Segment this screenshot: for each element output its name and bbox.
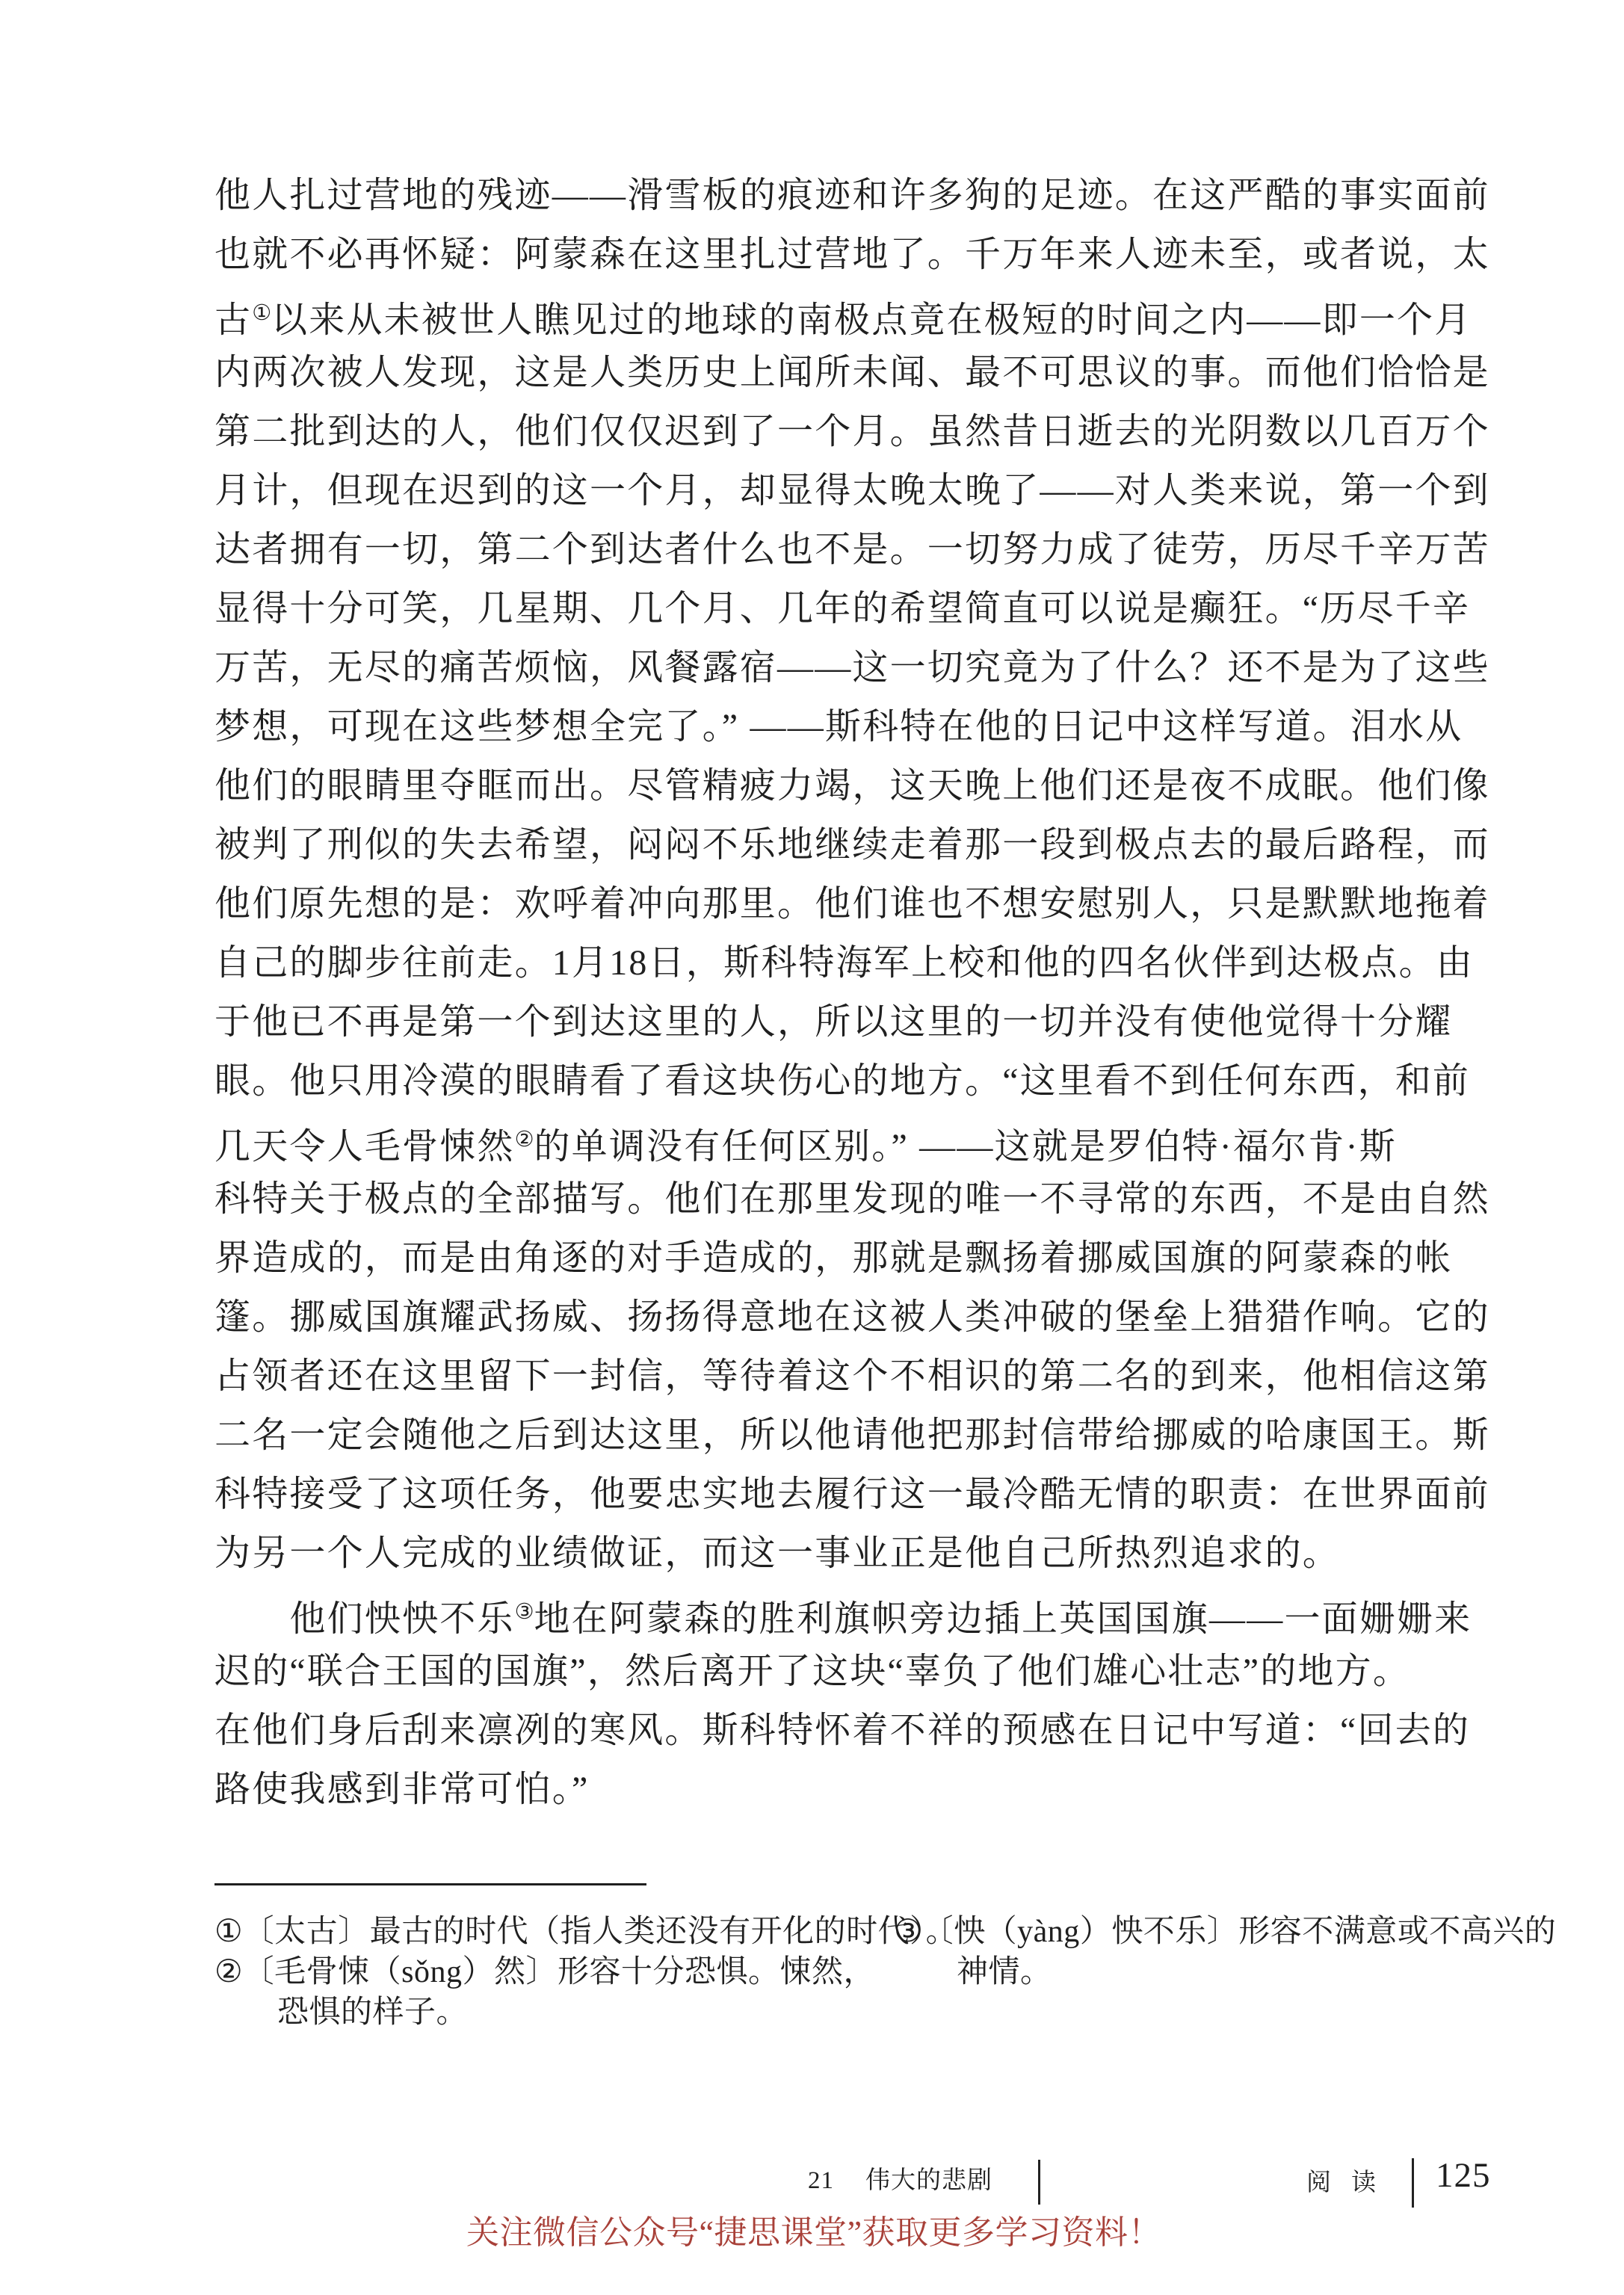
- footnote-column-left: ①〔太古〕最古的时代（指人类还没有开化的时代）。 ②〔毛骨悚（sǒng）然〕形容…: [214, 1912, 910, 2033]
- body-text-line: 科特关于极点的全部描写。他们在那里发现的唯一不寻常的东西，不是由自然: [214, 1170, 1497, 1229]
- body-text-line: 于他已不再是第一个到达这里的人，所以这里的一切并没有使他觉得十分耀: [214, 992, 1497, 1051]
- body-text-line: 迟的“联合王国的国旗”，然后离开了这块“辜负了他们雄心壮志”的地方。: [214, 1642, 1497, 1701]
- body-text-line: 达者拥有一切，第二个到达者什么也不是。一切努力成了徒劳，历尽千辛万苦: [214, 520, 1497, 579]
- page-number: 125: [1436, 2155, 1491, 2196]
- body-text-line: 他们的眼睛里夺眶而出。尽管精疲力竭，这天晚上他们还是夜不成眠。他们像: [214, 756, 1497, 815]
- body-text-line: 路使我感到非常可怕。”: [214, 1760, 1497, 1819]
- body-text-segment: 他们怏怏不乐: [214, 1599, 515, 1639]
- body-text-line: 自己的脚步往前走。1月18日，斯科特海军上校和他的四名伙伴到达极点。由: [214, 933, 1497, 992]
- footnote-divider-rule: [214, 1883, 646, 1885]
- body-text-line: 界造成的，而是由角逐的对手造成的，那就是飘扬着挪威国旗的阿蒙森的帐: [214, 1229, 1497, 1288]
- body-text-line: 也就不必再怀疑：阿蒙森在这里扎过营地了。千万年来人迹未至，或者说，太: [214, 225, 1497, 284]
- body-text: 他人扎过营地的残迹——滑雪板的痕迹和许多狗的足迹。在这严酷的事实面前也就不必再怀…: [214, 166, 1497, 1819]
- body-text-segment: 的单调没有任何区别。” ——这就是罗伯特·福尔肯·斯: [534, 1127, 1396, 1167]
- footer-lesson-title: 伟大的悲剧: [865, 2167, 992, 2194]
- body-text-line: 在他们身后刮来凛冽的寒风。斯科特怀着不祥的预感在日记中写道：“回去的: [214, 1701, 1497, 1760]
- footnote-2-text: 〔毛骨悚（sǒng）然〕形容十分恐惧。悚然，: [243, 1955, 875, 1989]
- body-text-line: 万苦，无尽的痛苦烦恼，风餐露宿——这一切究竟为了什么？还不是为了这些: [214, 638, 1497, 697]
- footnote-reference-superscript: ①: [252, 301, 271, 325]
- textbook-page: 他人扎过营地的残迹——滑雪板的痕迹和许多狗的足迹。在这严酷的事实面前也就不必再怀…: [0, 0, 1624, 2295]
- footnote-1-marker: ①: [214, 1915, 243, 1949]
- body-text-line: 第二批到达的人，他们仅仅迟到了一个月。虽然昔日逝去的光阴数以几百万个: [214, 402, 1497, 461]
- body-text-line: 二名一定会随他之后到达这里，所以他请他把那封信带给挪威的哈康国王。斯: [214, 1406, 1497, 1465]
- body-text-line: 为另一个人完成的业绩做证，而这一事业正是他自己所热烈追求的。: [214, 1524, 1497, 1583]
- body-text-line: 梦想，可现在这些梦想全完了。” ——斯科特在他的日记中这样写道。泪水从: [214, 697, 1497, 756]
- promo-watermark-text: 关注微信公众号“捷思课堂”获取更多学习资料！: [466, 2205, 1161, 2253]
- footnote-3: ③〔怏（yàng）怏不乐〕形容不满意或不高兴的: [894, 1912, 1552, 1952]
- footer-lesson: 21伟大的悲剧: [808, 2160, 992, 2196]
- body-text-line: 篷。挪威国旗耀武扬威、扬扬得意地在这被人类冲破的堡垒上猎猎作响。它的: [214, 1288, 1497, 1347]
- footer-divider-bar-right: [1412, 2158, 1414, 2208]
- body-text-line: 几天令人毛骨悚然②的单调没有任何区别。” ——这就是罗伯特·福尔肯·斯: [214, 1111, 1497, 1170]
- footnote-column-right: ③〔怏（yàng）怏不乐〕形容不满意或不高兴的 神情。: [894, 1912, 1552, 1992]
- body-text-line: 内两次被人发现，这是人类历史上闻所未闻、最不可思议的事。而他们恰恰是: [214, 343, 1497, 402]
- body-text-segment: 地在阿蒙森的胜利旗帜旁边插上英国国旗——一面姗姗来: [534, 1599, 1472, 1639]
- footnote-reference-superscript: ③: [515, 1600, 534, 1624]
- footer-divider-bar-left: [1038, 2160, 1040, 2205]
- body-text-line: 显得十分可笑，几星期、几个月、几年的希望简直可以说是癫狂。“历尽千辛: [214, 579, 1497, 638]
- body-text-line: 眼。他只用冷漠的眼睛看了看这块伤心的地方。“这里看不到任何东西，和前: [214, 1051, 1497, 1111]
- footnote-2-continuation: 恐惧的样子。: [214, 1992, 910, 2033]
- body-text-segment: 古: [214, 300, 252, 340]
- body-text-segment: 几天令人毛骨悚然: [214, 1127, 515, 1167]
- body-text-line: 被判了刑似的失去希望，闷闷不乐地继续走着那一段到极点去的最后路程，而: [214, 815, 1497, 874]
- body-text-line: 他们怏怏不乐③地在阿蒙森的胜利旗帜旁边插上英国国旗——一面姗姗来: [214, 1583, 1497, 1642]
- body-text-line: 他人扎过营地的残迹——滑雪板的痕迹和许多狗的足迹。在这严酷的事实面前: [214, 166, 1497, 225]
- footer-section-label: 阅读: [1306, 2163, 1396, 2198]
- body-text-line: 他们原先想的是：欢呼着冲向那里。他们谁也不想安慰别人，只是默默地拖着: [214, 874, 1497, 933]
- footnote-3-text: 〔怏（yàng）怏不乐〕形容不满意或不高兴的: [922, 1915, 1557, 1949]
- footer-lesson-number: 21: [808, 2167, 834, 2194]
- body-text-line: 科特接受了这项任务，他要忠实地去履行这一最冷酷无情的职责：在世界面前: [214, 1465, 1497, 1524]
- footnote-3-marker: ③: [894, 1915, 922, 1949]
- footnote-1: ①〔太古〕最古的时代（指人类还没有开化的时代）。: [214, 1912, 910, 1952]
- footnote-reference-superscript: ②: [515, 1128, 534, 1152]
- footnote-2-marker: ②: [214, 1955, 243, 1989]
- footnote-2: ②〔毛骨悚（sǒng）然〕形容十分恐惧。悚然，: [214, 1952, 910, 1992]
- footnote-3-continuation: 神情。: [894, 1952, 1552, 1992]
- body-text-line: 占领者还在这里留下一封信，等待着这个不相识的第二名的到来，他相信这第: [214, 1347, 1497, 1406]
- body-text-segment: 以来从未被世人瞧见过的地球的南极点竟在极短的时间之内——即一个月: [271, 300, 1472, 340]
- body-text-line: 古①以来从未被世人瞧见过的地球的南极点竟在极短的时间之内——即一个月: [214, 284, 1497, 343]
- footnote-1-text: 〔太古〕最古的时代（指人类还没有开化的时代）。: [243, 1915, 958, 1949]
- body-text-line: 月计，但现在迟到的这一个月，却显得太晚太晚了——对人类来说，第一个到: [214, 461, 1497, 520]
